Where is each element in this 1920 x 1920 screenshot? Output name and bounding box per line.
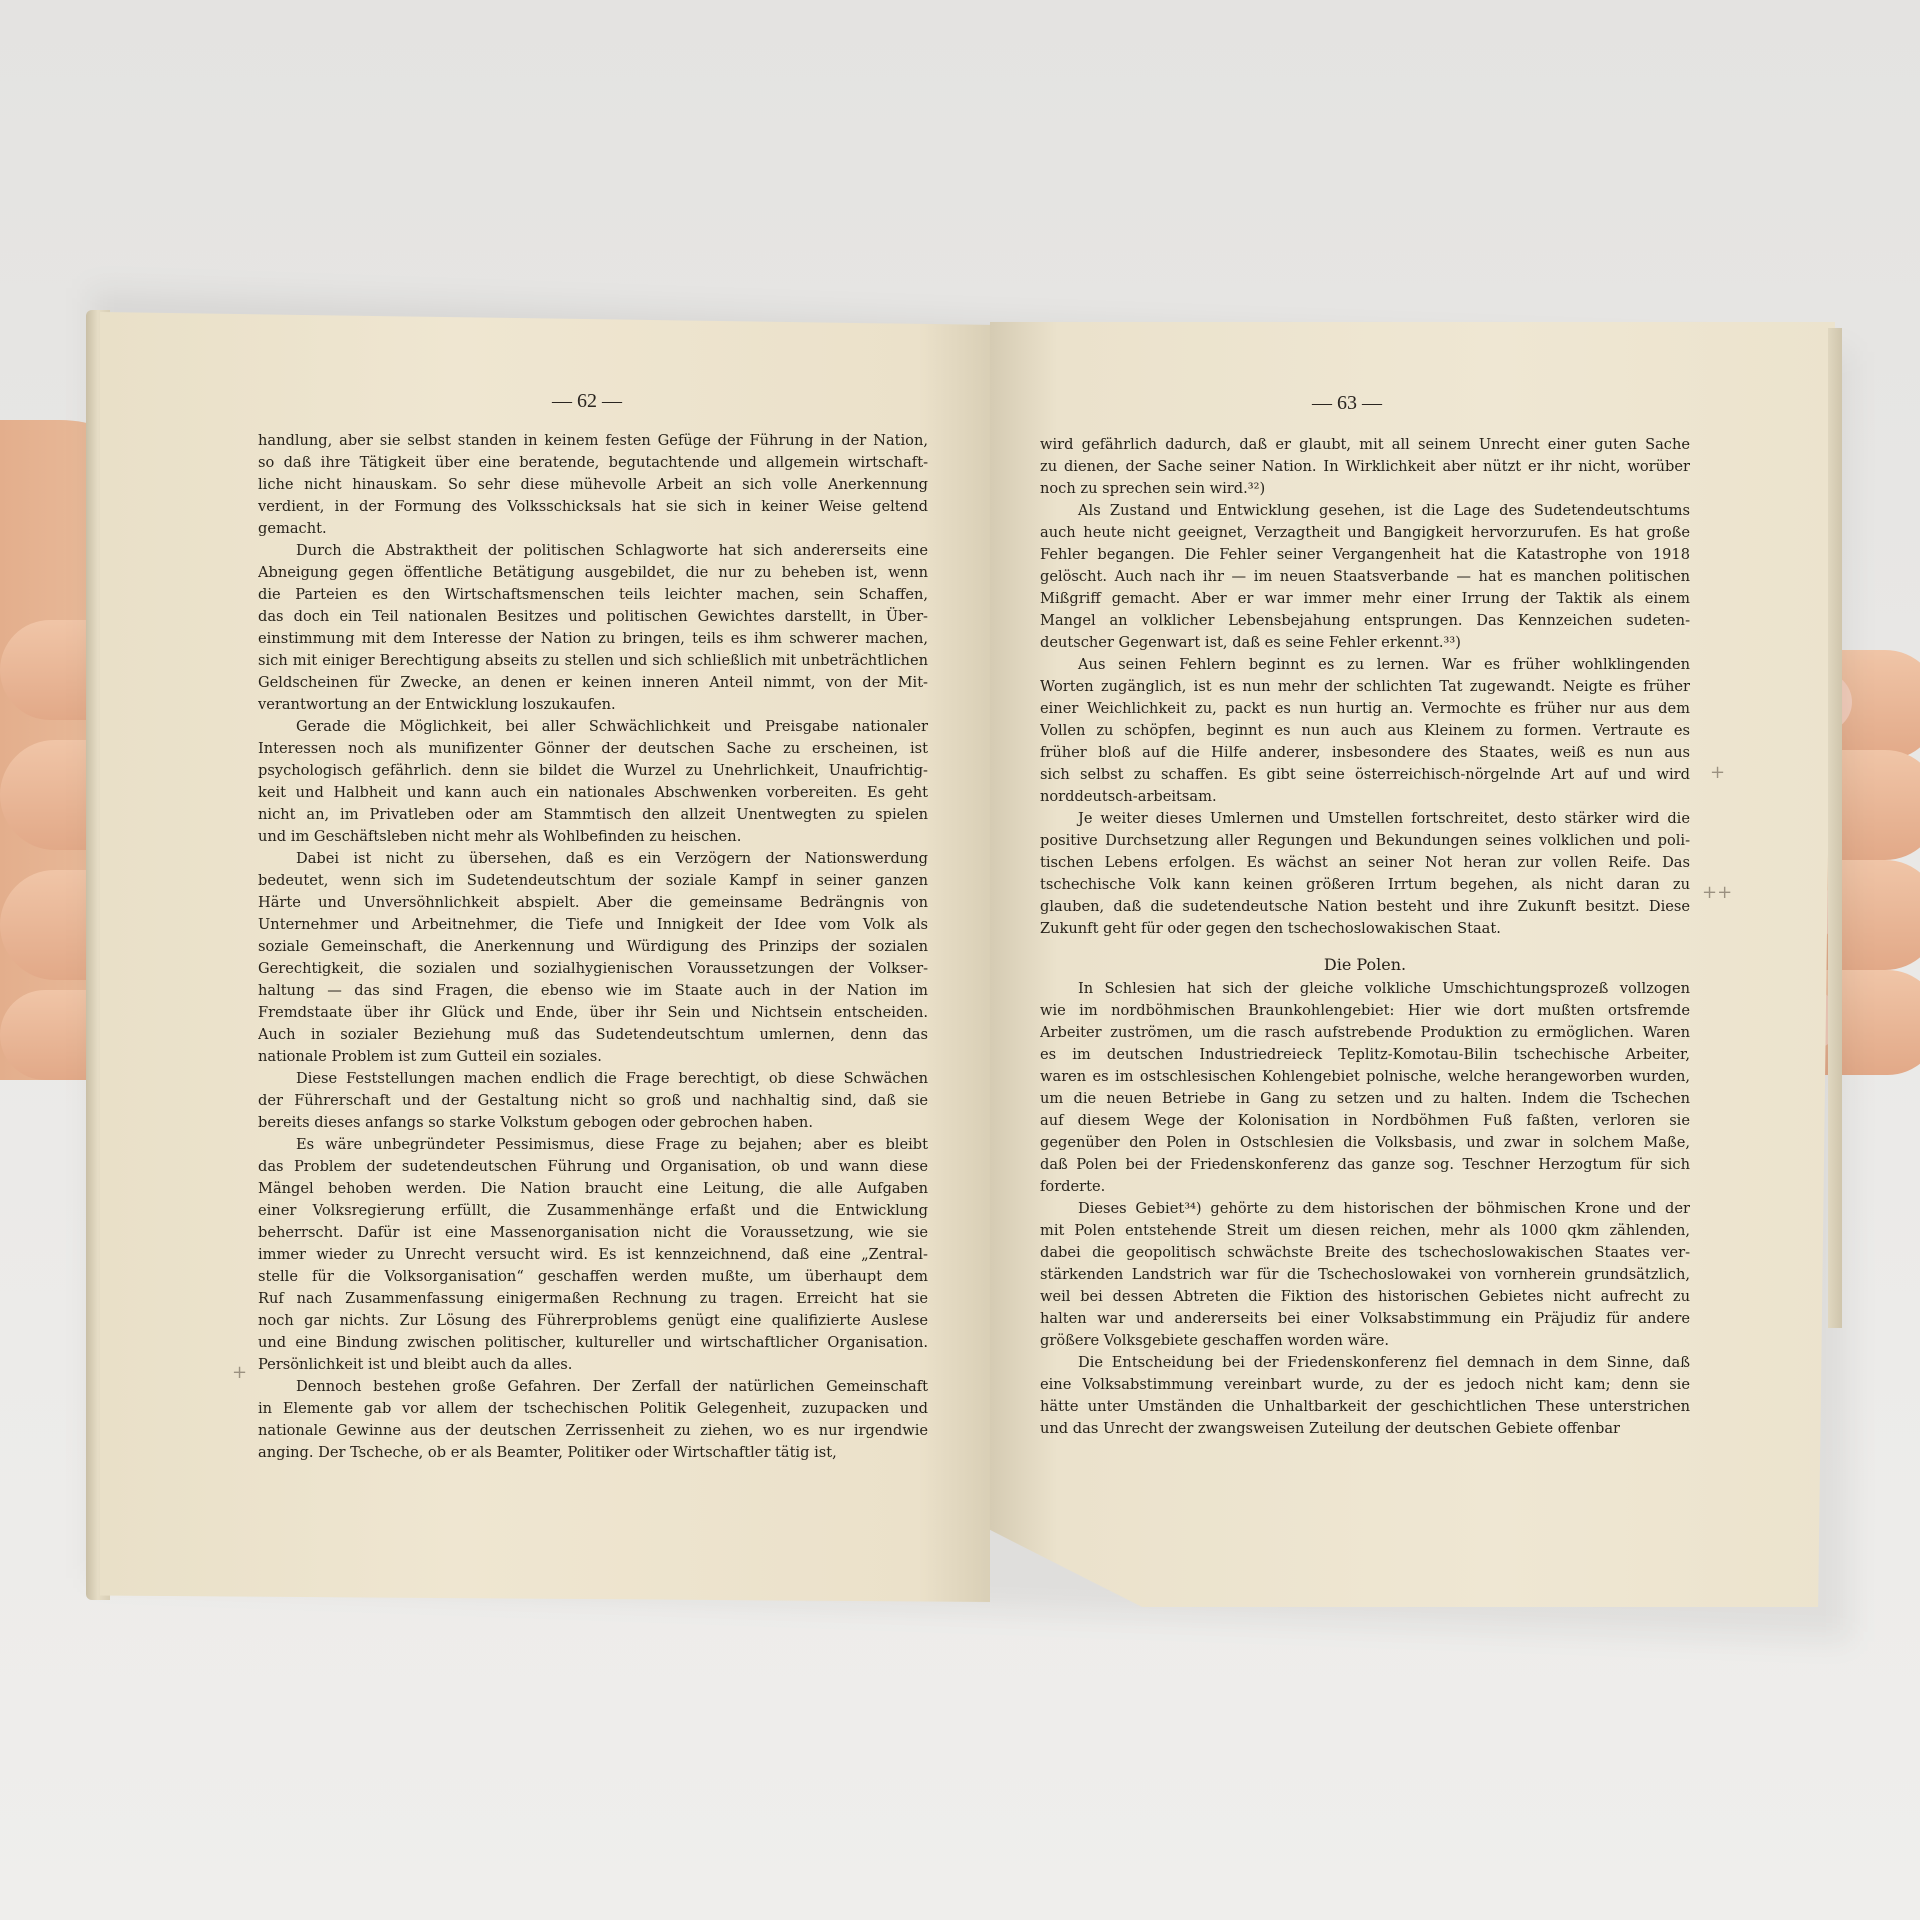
text-line: Persönlichkeit ist und bleibt auch da al… bbox=[258, 1354, 928, 1376]
paragraph: wird gefährlich dadurch, daß er glaubt, … bbox=[1040, 434, 1690, 500]
text-line: so daß ihre Tätigkeit über eine beratend… bbox=[258, 452, 928, 474]
text-line: Zukunft geht für oder gegen den tschecho… bbox=[1040, 918, 1690, 940]
text-line: Als Zustand und Entwicklung gesehen, ist… bbox=[1040, 500, 1690, 522]
page-number-right: — 63 — bbox=[1312, 392, 1382, 415]
text-line: Ruf nach Zusammenfassung einigermaßen Re… bbox=[258, 1288, 928, 1310]
text-line: Geldscheinen für Zwecke, an denen er kei… bbox=[258, 672, 928, 694]
paragraph: Die Entscheidung bei der Friedenskonfere… bbox=[1040, 1352, 1690, 1440]
text-line: Vollen zu schöpfen, beginnt es nun auch … bbox=[1040, 720, 1690, 742]
text-line: Durch die Abstraktheit der politischen S… bbox=[258, 540, 928, 562]
text-line: Härte und Unversöhnlichkeit abspielt. Ab… bbox=[258, 892, 928, 914]
text-line: Arbeiter zuströmen, um die rasch aufstre… bbox=[1040, 1022, 1690, 1044]
paragraph: Aus seinen Fehlern beginnt es zu lernen.… bbox=[1040, 654, 1690, 808]
text-line: anging. Der Tscheche, ob er als Beamter,… bbox=[258, 1442, 928, 1464]
text-line: und das Unrecht der zwangsweisen Zuteilu… bbox=[1040, 1418, 1690, 1440]
text-line: tischen Lebens erfolgen. Es wächst an se… bbox=[1040, 852, 1690, 874]
text-line: Mängel behoben werden. Die Nation brauch… bbox=[258, 1178, 928, 1200]
text-line: gemacht. bbox=[258, 518, 928, 540]
paragraph: Es wäre unbegründeter Pessimismus, diese… bbox=[258, 1134, 928, 1376]
paragraph: Als Zustand und Entwicklung gesehen, ist… bbox=[1040, 500, 1690, 654]
text-line: bedeutet, wenn sich im Sudetendeutschtum… bbox=[258, 870, 928, 892]
margin-mark: ++ bbox=[1702, 882, 1732, 903]
paragraph: handlung, aber sie selbst standen in kei… bbox=[258, 430, 928, 540]
text-line: weil bei dessen Abtreten die Fiktion des… bbox=[1040, 1286, 1690, 1308]
paragraph: Gerade die Möglichkeit, bei aller Schwäc… bbox=[258, 716, 928, 848]
text-line: die Parteien es den Wirtschaftsmenschen … bbox=[258, 584, 928, 606]
text-line: sich mit einiger Berechtigung abseits zu… bbox=[258, 650, 928, 672]
text-line: einer Weichlichkeit zu, packt es nun hur… bbox=[1040, 698, 1690, 720]
text-line: Gerechtigkeit, die sozialen und sozialhy… bbox=[258, 958, 928, 980]
paragraph: Je weiter dieses Umlernen und Umstellen … bbox=[1040, 808, 1690, 940]
text-line: auf diesem Wege der Kolonisation in Nord… bbox=[1040, 1110, 1690, 1132]
right-page: — 63 — wird gefährlich dadurch, daß er g… bbox=[990, 322, 1835, 1607]
text-line: tschechische Volk kann keinen größeren I… bbox=[1040, 874, 1690, 896]
book-page-edges-right bbox=[1828, 328, 1842, 1328]
text-line: bereits dieses anfangs so starke Volkstu… bbox=[258, 1112, 928, 1134]
paragraph: Diese Feststellungen machen endlich die … bbox=[258, 1068, 928, 1134]
paragraph: Dabei ist nicht zu übersehen, daß es ein… bbox=[258, 848, 928, 1068]
text-line: immer wieder zu Unrecht versucht wird. E… bbox=[258, 1244, 928, 1266]
text-line: Die Entscheidung bei der Friedenskonfere… bbox=[1040, 1352, 1690, 1374]
text-line: einstimmung mit dem Interesse der Nation… bbox=[258, 628, 928, 650]
text-line: Mißgriff gemacht. Aber er war immer mehr… bbox=[1040, 588, 1690, 610]
text-line: psychologisch gefährlich. denn sie bilde… bbox=[258, 760, 928, 782]
text-line: Worten zugänglich, ist es nun mehr der s… bbox=[1040, 676, 1690, 698]
text-line: waren es im ostschlesischen Kohlengebiet… bbox=[1040, 1066, 1690, 1088]
text-line: stelle für die Volksorganisation“ gescha… bbox=[258, 1266, 928, 1288]
text-line: nationale Problem ist zum Gutteil ein so… bbox=[258, 1046, 928, 1068]
text-line: liche nicht hinauskam. So sehr diese müh… bbox=[258, 474, 928, 496]
text-line: glauben, daß die sudetendeutsche Nation … bbox=[1040, 896, 1690, 918]
text-line: wie im nordböhmischen Braunkohlengebiet:… bbox=[1040, 1000, 1690, 1022]
text-line: Aus seinen Fehlern beginnt es zu lernen.… bbox=[1040, 654, 1690, 676]
text-line: halten war und andererseits bei einer Vo… bbox=[1040, 1308, 1690, 1330]
left-page: — 62 — handlung, aber sie selbst standen… bbox=[100, 312, 990, 1602]
text-line: noch zu sprechen sein wird.³²) bbox=[1040, 478, 1690, 500]
text-line: In Schlesien hat sich der gleiche volkli… bbox=[1040, 978, 1690, 1000]
text-line: daß Polen bei der Friedenskonferenz das … bbox=[1040, 1154, 1690, 1176]
text-line: Abneigung gegen öffentliche Betätigung a… bbox=[258, 562, 928, 584]
text-line: norddeutsch-arbeitsam. bbox=[1040, 786, 1690, 808]
paragraph: Dennoch bestehen große Gefahren. Der Zer… bbox=[258, 1376, 928, 1464]
text-line: keit und Halbheit und kann auch ein nati… bbox=[258, 782, 928, 804]
text-line: mit Polen entstehende Streit um diesen r… bbox=[1040, 1220, 1690, 1242]
section-heading: Die Polen. bbox=[1040, 954, 1690, 976]
text-line: sich selbst zu schaffen. Es gibt seine ö… bbox=[1040, 764, 1690, 786]
text-line: Fehler begangen. Die Fehler seiner Verga… bbox=[1040, 544, 1690, 566]
text-line: Unternehmer und Arbeitnehmer, die Tiefe … bbox=[258, 914, 928, 936]
text-line: positive Durchsetzung aller Regungen und… bbox=[1040, 830, 1690, 852]
text-line: soziale Gemeinschaft, die Anerkennung un… bbox=[258, 936, 928, 958]
text-line: beherrscht. Dafür ist eine Massenorganis… bbox=[258, 1222, 928, 1244]
text-line: verantwortung an der Entwicklung loszuka… bbox=[258, 694, 928, 716]
right-page-body: wird gefährlich dadurch, daß er glaubt, … bbox=[1040, 434, 1690, 1440]
paragraph: Dieses Gebiet³⁴) gehörte zu dem historis… bbox=[1040, 1198, 1690, 1352]
text-line: hätte unter Umständen die Unhaltbarkeit … bbox=[1040, 1396, 1690, 1418]
text-line: Auch in sozialer Beziehung muß das Sudet… bbox=[258, 1024, 928, 1046]
text-line: handlung, aber sie selbst standen in kei… bbox=[258, 430, 928, 452]
text-line: noch gar nichts. Zur Lösung des Führerpr… bbox=[258, 1310, 928, 1332]
text-line: verdient, in der Formung des Volksschick… bbox=[258, 496, 928, 518]
left-page-body: handlung, aber sie selbst standen in kei… bbox=[258, 430, 928, 1464]
text-line: Dabei ist nicht zu übersehen, daß es ein… bbox=[258, 848, 928, 870]
text-line: Interessen noch als munifizenter Gönner … bbox=[258, 738, 928, 760]
text-line: und im Geschäftsleben nicht mehr als Woh… bbox=[258, 826, 928, 848]
text-line: der Führerschaft und der Gestaltung nich… bbox=[258, 1090, 928, 1112]
text-line: und eine Bindung zwischen politischer, k… bbox=[258, 1332, 928, 1354]
text-line: auch heute nicht geeignet, Verzagtheit u… bbox=[1040, 522, 1690, 544]
text-line: Mangel an volklicher Lebensbejahung ents… bbox=[1040, 610, 1690, 632]
text-line: haltung — das sind Fragen, die ebenso wi… bbox=[258, 980, 928, 1002]
paragraph: In Schlesien hat sich der gleiche volkli… bbox=[1040, 978, 1690, 1198]
text-line: Dennoch bestehen große Gefahren. Der Zer… bbox=[258, 1376, 928, 1398]
text-line: zu dienen, der Sache seiner Nation. In W… bbox=[1040, 456, 1690, 478]
text-line: Fremdstaate über ihr Glück und Ende, übe… bbox=[258, 1002, 928, 1024]
text-line: Dieses Gebiet³⁴) gehörte zu dem historis… bbox=[1040, 1198, 1690, 1220]
margin-mark: + bbox=[232, 1362, 247, 1383]
text-line: eine Volksabstimmung vereinbart wurde, z… bbox=[1040, 1374, 1690, 1396]
text-line: dabei die geopolitisch schwächste Breite… bbox=[1040, 1242, 1690, 1264]
text-line: nicht an, im Privatleben oder am Stammti… bbox=[258, 804, 928, 826]
text-line: Diese Feststellungen machen endlich die … bbox=[258, 1068, 928, 1090]
text-line: das doch ein Teil nationalen Besitzes un… bbox=[258, 606, 928, 628]
text-line: um die neuen Betriebe in Gang zu setzen … bbox=[1040, 1088, 1690, 1110]
text-line: einer Volksregierung erfüllt, die Zusamm… bbox=[258, 1200, 928, 1222]
text-line: größere Volksgebiete geschaffen worden w… bbox=[1040, 1330, 1690, 1352]
text-line: forderte. bbox=[1040, 1176, 1690, 1198]
text-line: in Elemente gab vor allem der tschechisc… bbox=[258, 1398, 928, 1420]
text-line: früher bloß auf die Hilfe anderer, insbe… bbox=[1040, 742, 1690, 764]
text-line: Es wäre unbegründeter Pessimismus, diese… bbox=[258, 1134, 928, 1156]
text-line: Je weiter dieses Umlernen und Umstellen … bbox=[1040, 808, 1690, 830]
page-number-left: — 62 — bbox=[552, 390, 622, 413]
text-line: deutscher Gegenwart ist, daß es seine Fe… bbox=[1040, 632, 1690, 654]
text-line: gelöscht. Auch nach ihr — im neuen Staat… bbox=[1040, 566, 1690, 588]
text-line: Gerade die Möglichkeit, bei aller Schwäc… bbox=[258, 716, 928, 738]
text-line: gegenüber den Polen in Ostschlesien die … bbox=[1040, 1132, 1690, 1154]
text-line: stärkenden Landstrich war für die Tschec… bbox=[1040, 1264, 1690, 1286]
paragraph: Durch die Abstraktheit der politischen S… bbox=[258, 540, 928, 716]
text-line: das Problem der sudetendeutschen Führung… bbox=[258, 1156, 928, 1178]
text-line: nationale Gewinne aus der deutschen Zerr… bbox=[258, 1420, 928, 1442]
text-line: wird gefährlich dadurch, daß er glaubt, … bbox=[1040, 434, 1690, 456]
margin-mark: + bbox=[1710, 762, 1725, 783]
text-line: es im deutschen Industriedreieck Teplitz… bbox=[1040, 1044, 1690, 1066]
